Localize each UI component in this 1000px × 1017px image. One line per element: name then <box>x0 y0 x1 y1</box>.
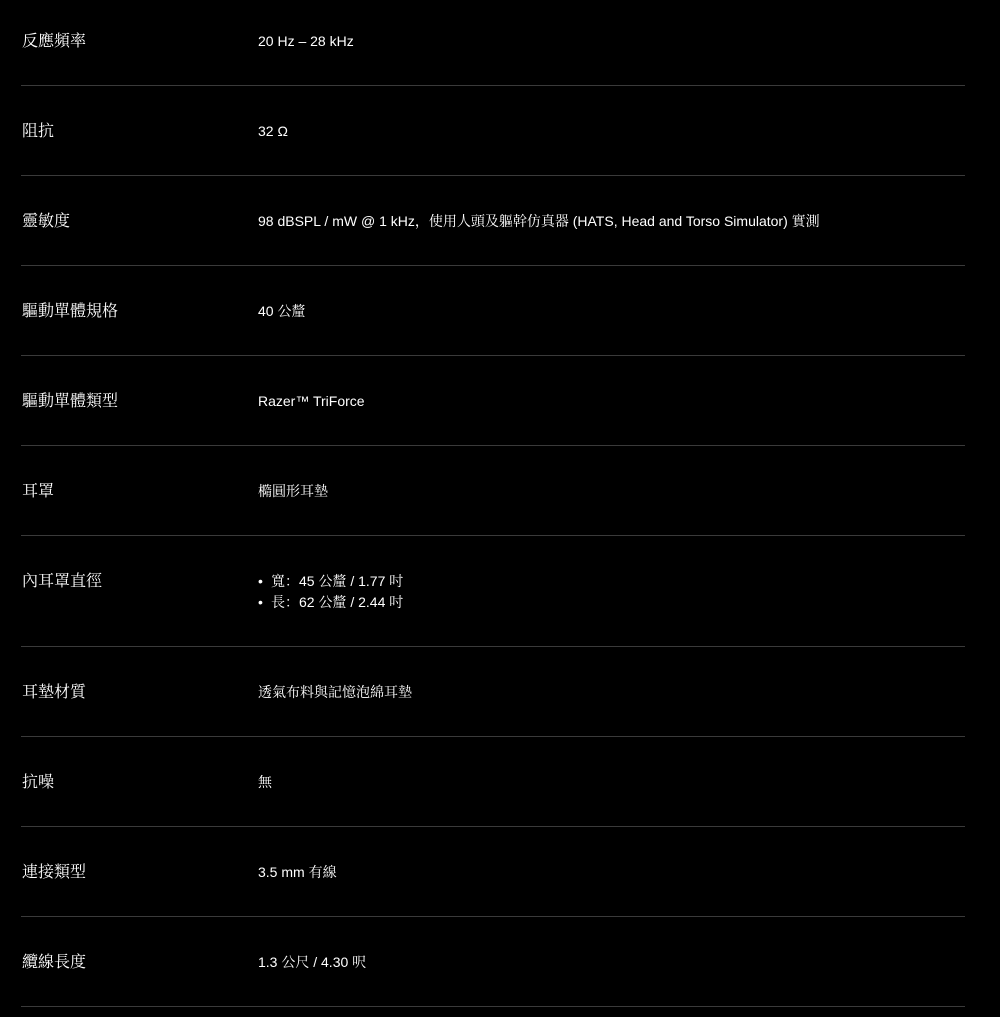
spec-value-item: 長：62 公釐 / 2.44 吋 <box>258 592 403 613</box>
spec-row-frequency-response: 反應頻率 20 Hz – 28 kHz <box>21 0 965 86</box>
spec-label: 驅動單體類型 <box>21 391 258 412</box>
spec-label: 連接類型 <box>21 862 258 883</box>
spec-row-earpad-material: 耳墊材質 透氣布料與記憶泡綿耳墊 <box>21 647 965 737</box>
spec-label: 抗噪 <box>21 772 258 793</box>
spec-value: 橢圓形耳墊 <box>258 481 328 502</box>
spec-label: 阻抗 <box>21 121 258 142</box>
spec-value: 3.5 mm 有線 <box>258 862 337 883</box>
spec-label: 內耳罩直徑 <box>21 571 258 592</box>
spec-value-item: 寬：45 公釐 / 1.77 吋 <box>258 571 403 592</box>
spec-label: 驅動單體規格 <box>21 301 258 322</box>
spec-value: 無 <box>258 772 272 793</box>
spec-value: 1.3 公尺 / 4.30 呎 <box>258 952 366 973</box>
spec-row-connection-type: 連接類型 3.5 mm 有線 <box>21 827 965 917</box>
spec-label: 耳墊材質 <box>21 682 258 703</box>
spec-label: 纜線長度 <box>21 952 258 973</box>
spec-row-impedance: 阻抗 32 Ω <box>21 86 965 176</box>
spec-table: 反應頻率 20 Hz – 28 kHz 阻抗 32 Ω 靈敏度 98 dBSPL… <box>0 0 1000 1007</box>
spec-value: 寬：45 公釐 / 1.77 吋 長：62 公釐 / 2.44 吋 <box>258 571 403 613</box>
spec-row-noise-cancellation: 抗噪 無 <box>21 737 965 827</box>
spec-value: Razer™ TriForce <box>258 391 365 412</box>
spec-value: 20 Hz – 28 kHz <box>258 31 354 52</box>
spec-value-list: 寬：45 公釐 / 1.77 吋 長：62 公釐 / 2.44 吋 <box>258 571 403 613</box>
spec-row-sensitivity: 靈敏度 98 dBSPL / mW @ 1 kHz，使用人頭及軀幹仿真器 (HA… <box>21 176 965 266</box>
spec-value: 98 dBSPL / mW @ 1 kHz，使用人頭及軀幹仿真器 (HATS, … <box>258 211 820 232</box>
spec-value: 40 公釐 <box>258 301 305 322</box>
spec-row-earcups: 耳罩 橢圓形耳墊 <box>21 446 965 536</box>
spec-label: 靈敏度 <box>21 211 258 232</box>
spec-row-driver-type: 驅動單體類型 Razer™ TriForce <box>21 356 965 446</box>
spec-label: 耳罩 <box>21 481 258 502</box>
spec-row-cable-length: 纜線長度 1.3 公尺 / 4.30 呎 <box>21 917 965 1007</box>
spec-row-inner-earcup-diameter: 內耳罩直徑 寬：45 公釐 / 1.77 吋 長：62 公釐 / 2.44 吋 <box>21 536 965 647</box>
spec-value: 32 Ω <box>258 121 288 142</box>
spec-value: 透氣布料與記憶泡綿耳墊 <box>258 682 412 703</box>
spec-label: 反應頻率 <box>21 31 258 52</box>
spec-row-driver-size: 驅動單體規格 40 公釐 <box>21 266 965 356</box>
